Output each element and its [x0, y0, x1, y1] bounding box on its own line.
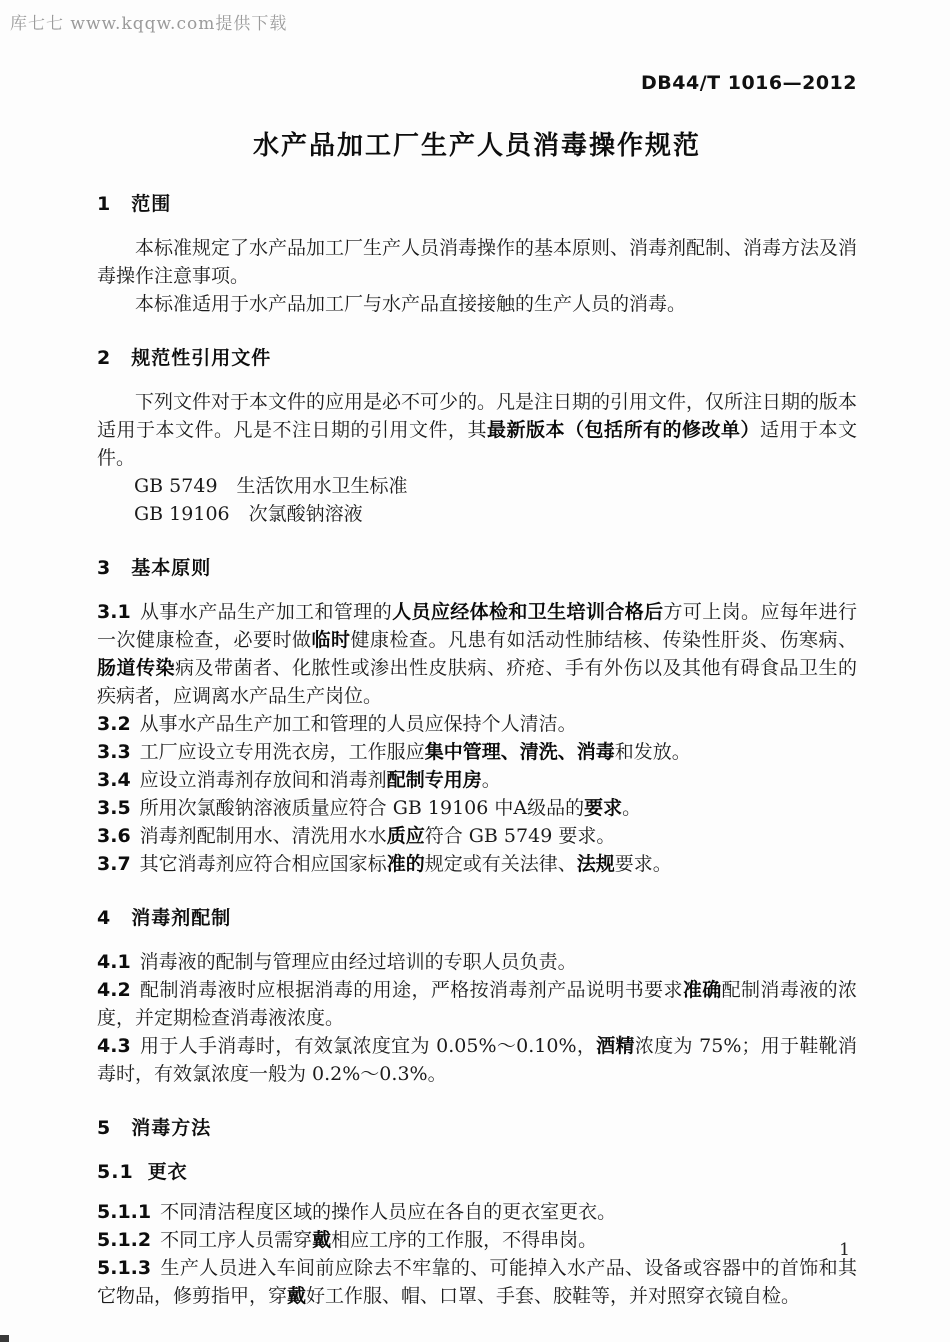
- text-run: 用于人手消毒时，有效氯浓度宜为 0.05%～0.10%，: [140, 1035, 597, 1057]
- paragraph: 3.4应设立消毒剂存放间和消毒剂配制专用房。: [97, 766, 857, 794]
- text-run: 不同工序人员需穿: [160, 1229, 312, 1251]
- reference-item: GB 5749 生活饮用水卫生标准: [97, 472, 857, 500]
- bold-run: 准的: [387, 853, 425, 875]
- section-title: 规范性引用文件: [131, 347, 271, 369]
- document-body: 1范围本标准规定了水产品加工厂生产人员消毒操作的基本原则、消毒剂配制、消毒方法及…: [97, 190, 857, 1310]
- bold-run: 酒精: [596, 1035, 635, 1057]
- bold-run: 法规: [577, 853, 615, 875]
- section-heading: 4消毒剂配制: [97, 904, 857, 932]
- text-run: GB 19106 次氯酸钠溶液: [134, 503, 363, 525]
- section-heading: 3基本原则: [97, 554, 857, 582]
- paragraph: 本标准适用于水产品加工厂与水产品直接接触的生产人员的消毒。: [97, 290, 857, 318]
- document-title: 水产品加工厂生产人员消毒操作规范: [97, 128, 857, 164]
- bold-run: 质应: [387, 825, 425, 847]
- page-number: 1: [839, 1240, 850, 1260]
- text-run: 病及带菌者、化脓性或渗出性皮肤病、疥疮、手有外伤以及其他有碍食品卫生的疾病者，应…: [97, 657, 857, 707]
- clause-number: 5.1.1: [97, 1201, 151, 1223]
- section-number: 2: [97, 347, 111, 369]
- section-number: 3: [97, 557, 111, 579]
- text-run: 相应工序的工作服，不得串岗。: [331, 1229, 597, 1251]
- clause-number: 4.3: [97, 1035, 131, 1057]
- section-title: 范围: [131, 193, 171, 215]
- paragraph: 3.3工厂应设立专用洗衣房，工作服应集中管理、清洗、消毒和发放。: [97, 738, 857, 766]
- clause-number: 5.1.2: [97, 1229, 151, 1251]
- bold-run: 准确: [683, 979, 722, 1001]
- bold-run: 戴: [287, 1285, 306, 1307]
- paragraph: 5.1.1不同清洁程度区域的操作人员应在各自的更衣室更衣。: [97, 1198, 857, 1226]
- scan-artifact-corner: [0, 1335, 9, 1342]
- text-run: 从事水产品生产加工和管理的人员应保持个人清洁。: [140, 713, 577, 735]
- paragraph: 3.5所用次氯酸钠溶液质量应符合 GB 19106 中A级品的要求。: [97, 794, 857, 822]
- section-number: 5: [97, 1117, 111, 1139]
- text-run: 规定或有关法律、: [425, 853, 577, 875]
- paragraph: 3.2从事水产品生产加工和管理的人员应保持个人清洁。: [97, 710, 857, 738]
- paragraph: 本标准规定了水产品加工厂生产人员消毒操作的基本原则、消毒剂配制、消毒方法及消毒操…: [97, 234, 857, 290]
- text-run: 本标准规定了水产品加工厂生产人员消毒操作的基本原则、消毒剂配制、消毒方法及消毒操…: [97, 237, 857, 287]
- text-run: 。: [622, 797, 641, 819]
- clause-number: 3.7: [97, 853, 131, 875]
- clause-number: 5.1: [97, 1161, 134, 1183]
- section-title: 消毒剂配制: [131, 907, 231, 929]
- paragraph: 4.2配制消毒液时应根据消毒的用途，严格按消毒剂产品说明书要求准确配制消毒液的浓…: [97, 976, 857, 1032]
- scanned-page: 库七七 www.kqqw.com提供下载 DB44/T 1016—2012 水产…: [0, 0, 950, 1342]
- paragraph: 3.1从事水产品生产加工和管理的人员应经体检和卫生培训合格后方可上岗。应每年进行…: [97, 598, 857, 710]
- section-heading: 1范围: [97, 190, 857, 218]
- section-heading: 2规范性引用文件: [97, 344, 857, 372]
- bold-run: 肠道传染: [97, 657, 175, 679]
- clause-number: 4.2: [97, 979, 131, 1001]
- bold-run: 临时: [312, 629, 351, 651]
- bold-run: 最新版本（包括所有的修改单）: [487, 419, 760, 441]
- paragraph: 5.1.3生产人员进入车间前应除去不牢靠的、可能掉入水产品、设备或容器中的首饰和…: [97, 1254, 857, 1310]
- bold-run: 戴: [312, 1229, 331, 1251]
- page-content: 水产品加工厂生产人员消毒操作规范 1范围本标准规定了水产品加工厂生产人员消毒操作…: [97, 0, 857, 1310]
- text-run: 应设立消毒剂存放间和消毒剂: [140, 769, 387, 791]
- paragraph: 4.1消毒液的配制与管理应由经过培训的专职人员负责。: [97, 948, 857, 976]
- text-run: 不同清洁程度区域的操作人员应在各自的更衣室更衣。: [160, 1201, 616, 1223]
- clause-number: 3.6: [97, 825, 131, 847]
- text-run: 从事水产品生产加工和管理的: [140, 601, 392, 623]
- text-run: 符合 GB 5749 要求。: [425, 825, 616, 847]
- text-run: 配制消毒液时应根据消毒的用途，严格按消毒剂产品说明书要求: [140, 979, 683, 1001]
- section-heading: 5消毒方法: [97, 1114, 857, 1142]
- bold-run: 要求: [584, 797, 622, 819]
- text-run: 工厂应设立专用洗衣房，工作服应: [140, 741, 425, 763]
- clause-number: 3.1: [97, 601, 131, 623]
- bold-run: 配制专用房: [387, 769, 482, 791]
- paragraph: 4.3用于人手消毒时，有效氯浓度宜为 0.05%～0.10%，酒精浓度为 75%…: [97, 1032, 857, 1088]
- section-title: 基本原则: [131, 557, 211, 579]
- text-run: 。: [482, 769, 501, 791]
- reference-item: GB 19106 次氯酸钠溶液: [97, 500, 857, 528]
- text-run: 和发放。: [615, 741, 691, 763]
- clause-number: 3.2: [97, 713, 131, 735]
- section-number: 1: [97, 193, 111, 215]
- clause-number: 4.1: [97, 951, 131, 973]
- text-run: GB 5749 生活饮用水卫生标准: [134, 475, 408, 497]
- clause-number: 3.3: [97, 741, 131, 763]
- text-run: 消毒液的配制与管理应由经过培训的专职人员负责。: [140, 951, 577, 973]
- text-run: 所用次氯酸钠溶液质量应符合 GB 19106 中A级品的: [140, 797, 584, 819]
- text-run: 更衣: [148, 1161, 188, 1183]
- text-run: 其它消毒剂应符合相应国家标: [140, 853, 387, 875]
- clause-number: 3.4: [97, 769, 131, 791]
- section-title: 消毒方法: [131, 1117, 211, 1139]
- bold-run: 人员应经体检和卫生培训合格后: [392, 601, 663, 623]
- bold-run: 集中管理、清洗、消毒: [425, 741, 615, 763]
- clause-number: 3.5: [97, 797, 131, 819]
- paragraph: 3.6消毒剂配制用水、清洗用水水质应符合 GB 5749 要求。: [97, 822, 857, 850]
- paragraph: 3.7其它消毒剂应符合相应国家标准的规定或有关法律、法规要求。: [97, 850, 857, 878]
- paragraph: 下列文件对于本文件的应用是必不可少的。凡是注日期的引用文件，仅所注日期的版本适用…: [97, 388, 857, 472]
- text-run: 本标准适用于水产品加工厂与水产品直接接触的生产人员的消毒。: [135, 293, 686, 315]
- text-run: 要求。: [615, 853, 672, 875]
- paragraph: 5.1.2不同工序人员需穿戴相应工序的工作服，不得串岗。: [97, 1226, 857, 1254]
- text-run: 健康检查。凡患有如活动性肺结核、传染性肝炎、伤寒病、: [351, 629, 857, 651]
- text-run: 消毒剂配制用水、清洗用水水: [140, 825, 387, 847]
- text-run: 好工作服、帽、口罩、手套、胶鞋等，并对照穿衣镜自检。: [306, 1285, 800, 1307]
- subsection-heading: 5.1更衣: [97, 1158, 857, 1186]
- clause-number: 5.1.3: [97, 1257, 151, 1279]
- section-number: 4: [97, 907, 111, 929]
